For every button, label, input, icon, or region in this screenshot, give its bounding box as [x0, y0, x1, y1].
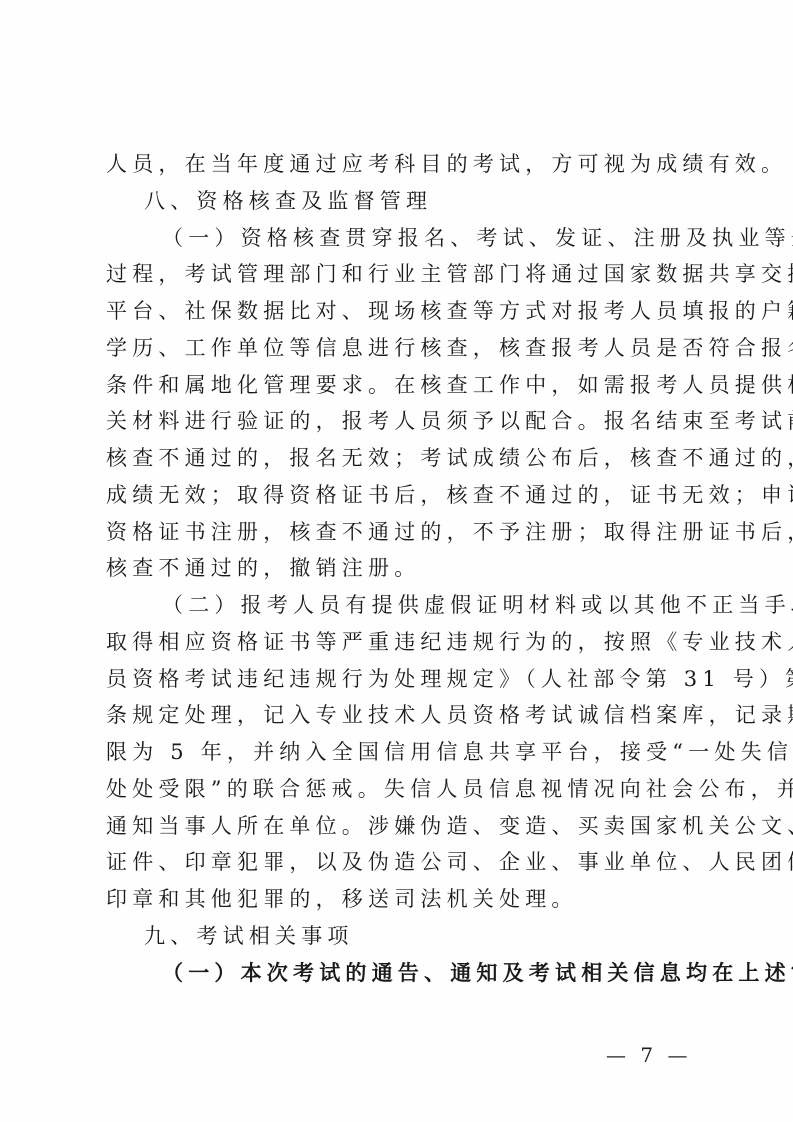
- paragraph-line: 限为 5 年，并纳入全国信用信息共享平台，接受“一处失信、: [106, 734, 696, 771]
- paragraph-line: 取得相应资格证书等严重违纪违规行为的，按照《专业技术人: [106, 624, 696, 661]
- paragraph-line: 员资格考试违纪违规行为处理规定》（人社部令第 31 号）第七: [106, 661, 696, 698]
- document-page: 人员，在当年度通过应考科目的考试，方可视为成绩有效。 八、资格核查及监督管理 （…: [0, 0, 793, 1122]
- paragraph-line: 资格证书注册，核查不通过的，不予注册；取得注册证书后，: [106, 514, 696, 551]
- paragraph-line: 条件和属地化管理要求。在核查工作中，如需报考人员提供相: [106, 367, 696, 404]
- paragraph-line: 证件、印章犯罪，以及伪造公司、企业、事业单位、人民团体: [106, 844, 696, 881]
- paragraph-line: 平台、社保数据比对、现场核查等方式对报考人员填报的户籍、: [106, 293, 696, 330]
- paragraph-line: 条规定处理，记入专业技术人员资格考试诚信档案库，记录期: [106, 697, 696, 734]
- paragraph-line: 核查不通过的，报名无效；考试成绩公布后，核查不通过的，: [106, 440, 696, 477]
- paragraph-line: 印章和其他犯罪的，移送司法机关处理。: [106, 881, 696, 918]
- paragraph-line: 处处受限”的联合惩戒。失信人员信息视情况向社会公布，并: [106, 771, 696, 808]
- section-heading-8: 八、资格核查及监督管理: [106, 183, 696, 220]
- paragraph-line: 过程，考试管理部门和行业主管部门将通过国家数据共享交换: [106, 256, 696, 293]
- paragraph-line: 学历、工作单位等信息进行核查，核查报考人员是否符合报名: [106, 330, 696, 367]
- paragraph-line: 通知当事人所在单位。涉嫌伪造、变造、买卖国家机关公文、: [106, 808, 696, 845]
- paragraph-line: 人员，在当年度通过应考科目的考试，方可视为成绩有效。: [106, 146, 696, 183]
- paragraph-line: （二）报考人员有提供虚假证明材料或以其他不正当手段: [106, 587, 696, 624]
- paragraph-line: （一）本次考试的通告、通知及考试相关信息均在上述官: [106, 955, 696, 992]
- paragraph-line: （一）资格核查贯穿报名、考试、发证、注册及执业等全: [106, 220, 696, 257]
- section-heading-9: 九、考试相关事项: [106, 918, 696, 955]
- paragraph-line: 核查不通过的，撤销注册。: [106, 550, 696, 587]
- document-body: 人员，在当年度通过应考科目的考试，方可视为成绩有效。 八、资格核查及监督管理 （…: [106, 146, 696, 991]
- paragraph-line: 关材料进行验证的，报考人员须予以配合。报名结束至考试前，: [106, 403, 696, 440]
- page-number: — 7 —: [606, 1043, 691, 1067]
- paragraph-line: 成绩无效；取得资格证书后，核查不通过的，证书无效；申请: [106, 477, 696, 514]
